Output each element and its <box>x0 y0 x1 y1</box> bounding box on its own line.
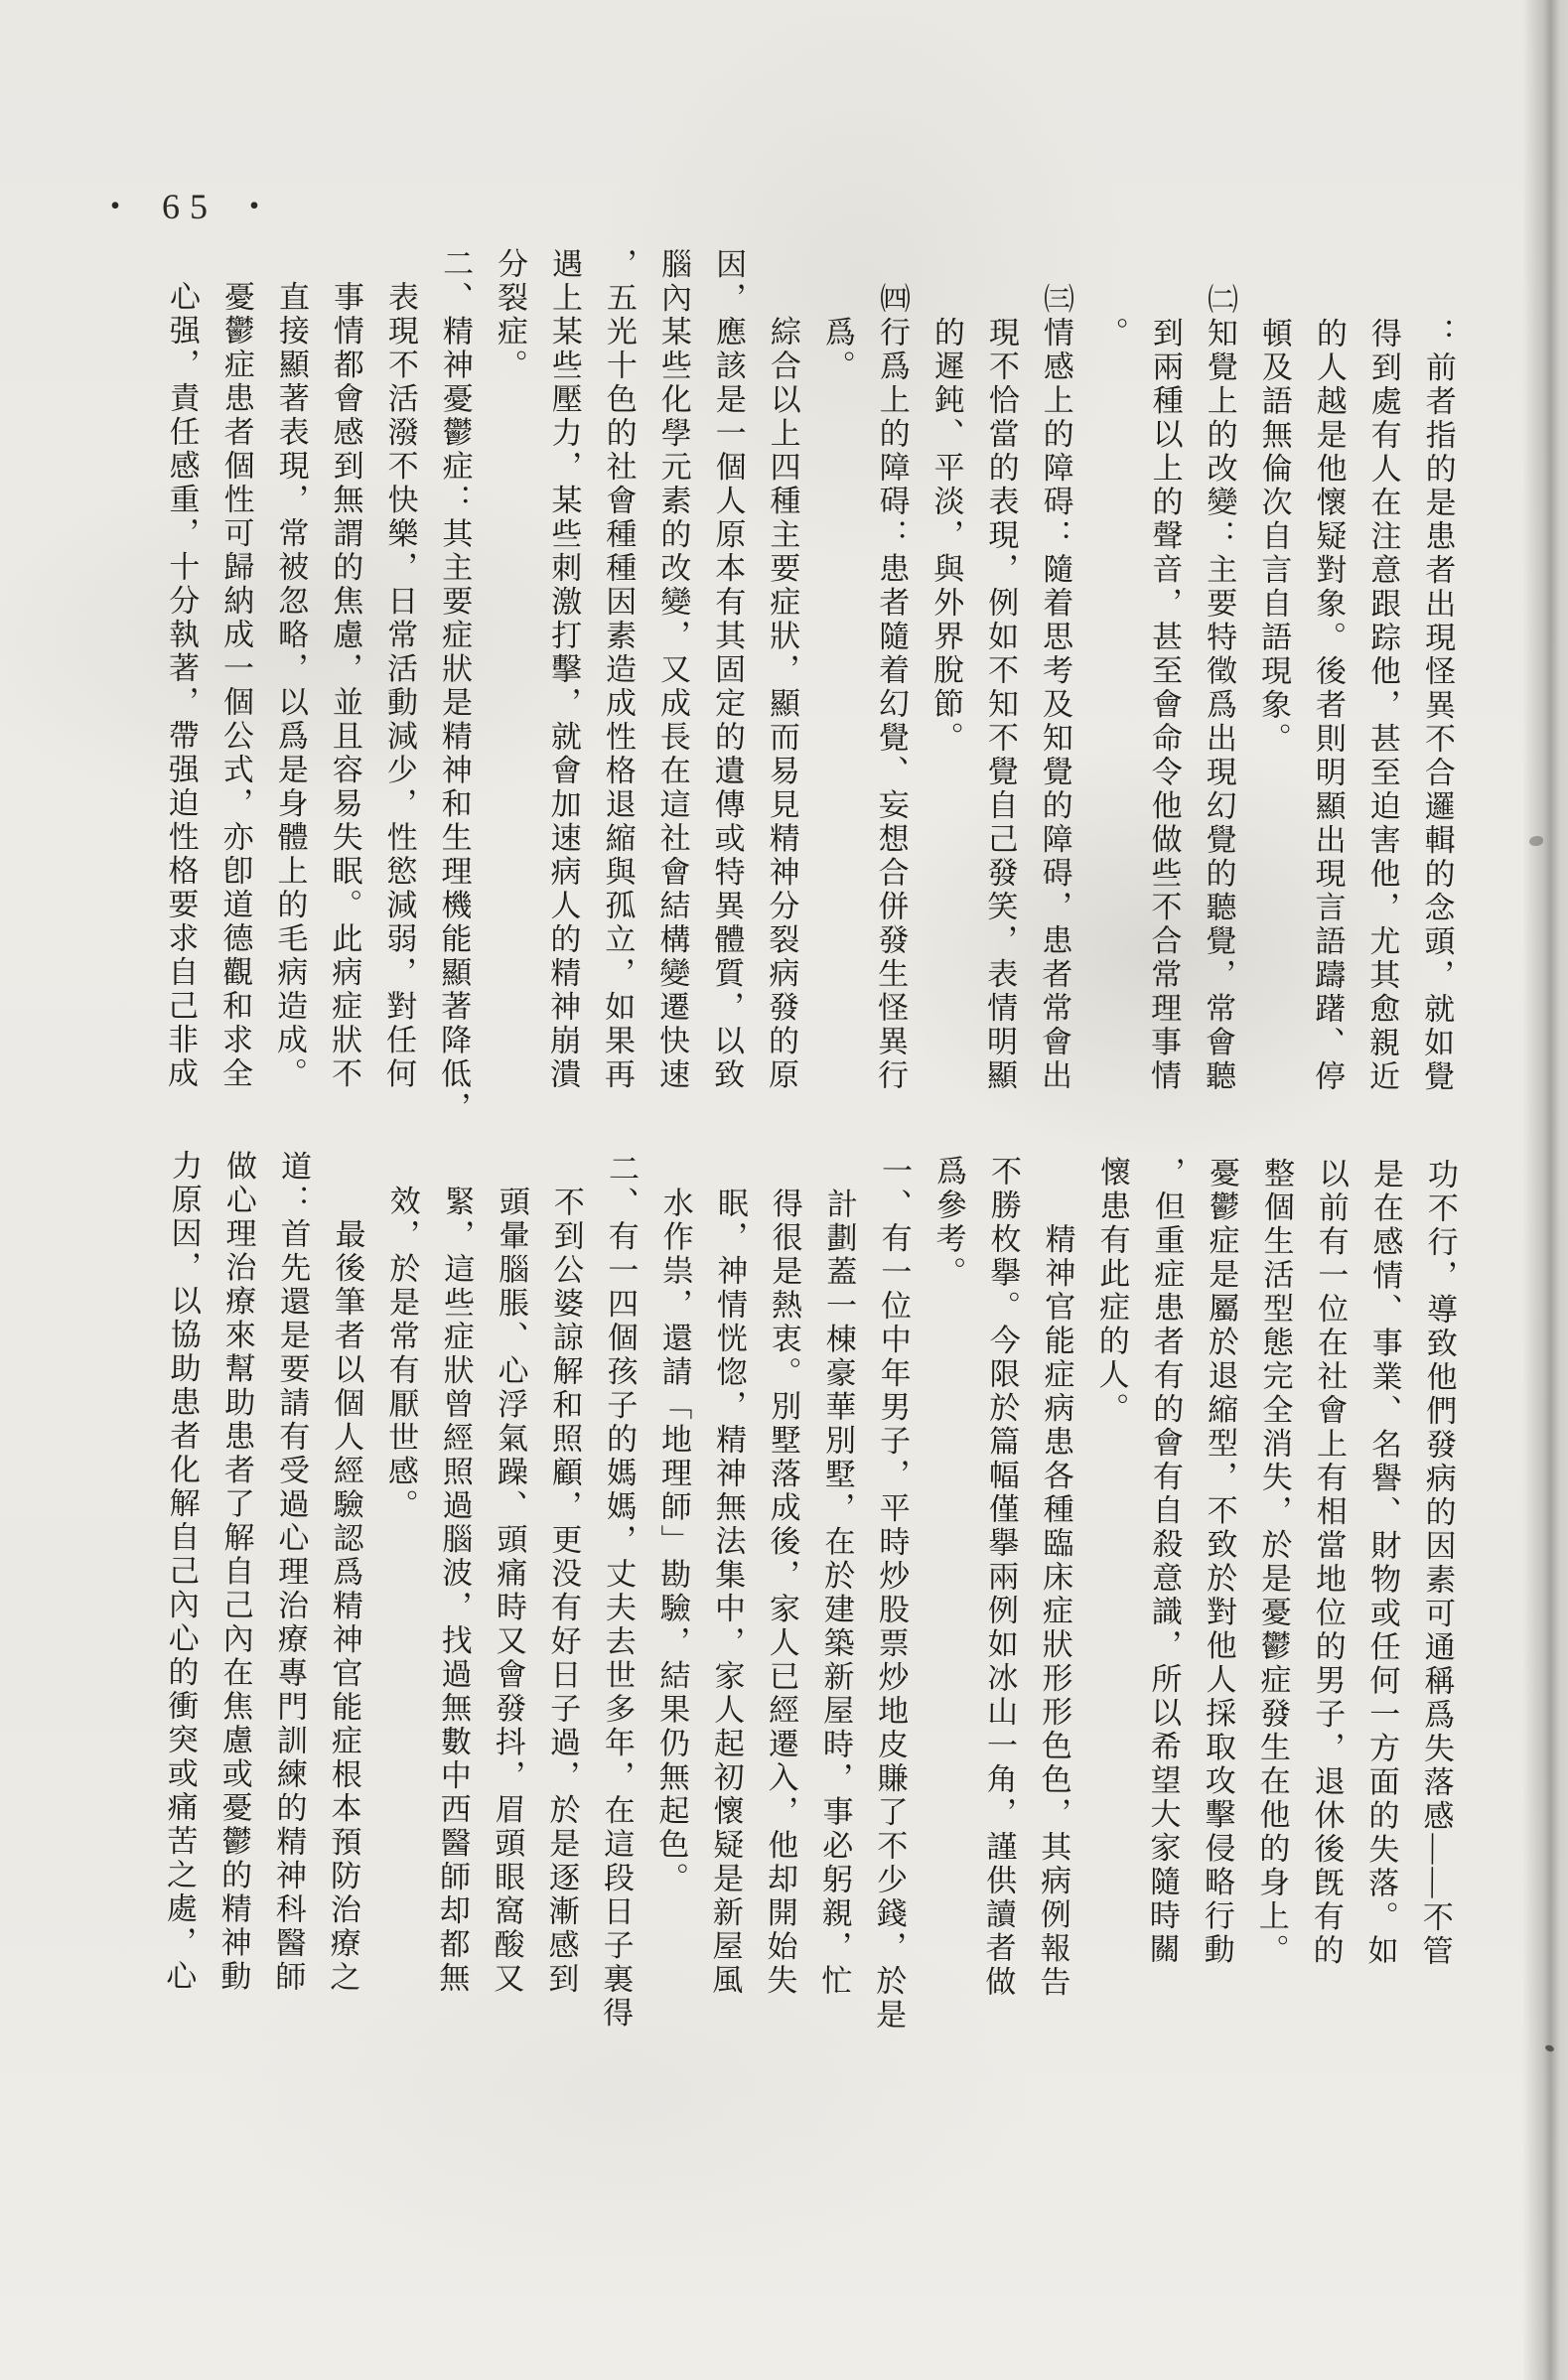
text-column: 做心理治療來幫助患者了解自己內在焦慮或憂鬱的精神動 <box>206 1150 266 2043</box>
bottom-text-block-columns: 功不行，導致他們發病的因素可通稱爲失落感——不管是在感情、事業、名譽、財物或任何… <box>151 1149 1468 2051</box>
text-column: ，但重症患者有的會有自殺意識，所以希望大家隨時關 <box>1134 1156 1195 2049</box>
text-column: 以前有一位在社會上有相當地位的男子，退休後旣有的 <box>1298 1157 1358 2050</box>
text-column: 緊，這些症狀曾經照過腦波，找過無數中西醫師却都無 <box>424 1151 485 2044</box>
text-column: 一、有一位中年男子，平時炒股票炒地皮賺了不少錢，於是 <box>861 1154 922 2047</box>
text-column: 到兩種以上的聲音，甚至會命令他做些不合常理事情 <box>1136 249 1193 1143</box>
text-column: 綜合以上四種主要症狀，顯而易見精神分裂病發的原 <box>754 248 810 1142</box>
text-column: 懷患有此症的人。 <box>1079 1156 1140 2049</box>
text-column: 的遲鈍、平淡，與外界脫節。 <box>918 248 974 1142</box>
text-column: 不勝枚擧。今限於篇幅僅擧兩例如冰山一角，謹供讀者做 <box>970 1155 1031 2048</box>
text-column: 分裂症。 <box>481 247 537 1141</box>
text-column: ㈣行爲上的障碍：患者隨着幻覺、妄想合併發生怪異行 <box>863 248 920 1142</box>
text-column: ㈢情感上的障碍：隨着思考及知覺的障碍，患者常會出 <box>1027 249 1083 1143</box>
text-column: 因，應該是一個人原本有其固定的遺傳或特異體質，以致 <box>699 248 756 1142</box>
text-column: 道：首先還是要請有受過心理治療專門訓練的精神科醫師 <box>260 1150 321 2043</box>
text-column: 計劃蓋一棟豪華別墅，在於建築新屋時，事必躬親，忙 <box>806 1154 867 2047</box>
text-column: 是在感情、事業、名譽、財物或任何一方面的失落。如 <box>1353 1158 1413 2051</box>
text-column: 最後筆者以個人經驗認爲精神官能症根本預防治療之 <box>315 1151 375 2044</box>
text-column: 整個生活型態完全消失，於是憂鬱症發生在他的身上。 <box>1243 1157 1304 2050</box>
text-column: 頓及語無倫次自言自語現象。 <box>1245 249 1302 1143</box>
scanned-page: ・ 65 ・ ：前者指的是患者出現怪異不合邏輯的念頭，就如覺得到處有人在注意跟踪… <box>0 0 1568 2380</box>
text-column: 直接顯著表現，常被忽略，以爲是身體上的毛病造成。 <box>262 247 319 1141</box>
text-column: 得很是熱衷。別墅落成後，家人已經遷入，他却開始失 <box>752 1154 812 2047</box>
text-column: ，五光十色的社會種種因素造成性格退縮與孤立，如果再 <box>590 247 646 1141</box>
text-column: 事情都會感到無謂的焦慮，並且容易失眠。此病症狀不 <box>317 247 373 1141</box>
text-column: 功不行，導致他們發病的因素可通稱爲失落感——不管 <box>1407 1158 1468 2051</box>
text-column: ：前者指的是患者出現怪異不合邏輯的念頭，就如覺 <box>1409 250 1466 1144</box>
text-column: 憂鬱症是屬於退縮型，不致於對他人採取攻擊侵略行動 <box>1189 1157 1249 2050</box>
text-column: 現不恰當的表現，例如不知不覺自己發笑，表情明顯 <box>972 248 1029 1142</box>
text-column: 心强，責任感重，十分執著，帶强迫性格要求自己非成 <box>153 246 210 1140</box>
text-column: 水作祟，還請「地理師」勘驗，結果仍無起色。 <box>642 1153 703 2046</box>
text-column: 得到處有人在注意跟踪他，甚至迫害他，尤其愈親近 <box>1354 249 1411 1143</box>
text-column: 表現不活潑不快樂，日常活動減少，性慾減弱，對任何 <box>371 247 428 1141</box>
text-column: 憂鬱症患者個性可歸納成一個公式，亦卽道德觀和求全 <box>208 246 264 1140</box>
text-column: ㈡知覺上的改變：主要特徵爲出現幻覺的聽覺，常會聽 <box>1191 249 1247 1143</box>
text-column: 遇上某些壓力，某些刺激打擊，就會加速病人的精神崩潰 <box>535 247 592 1141</box>
text-column: 的人越是他懷疑對象。後者則明顯出現言語躊躇、停 <box>1300 249 1356 1143</box>
text-column: 力原因，以協助患者化解自己內心的衝突或痛苦之處，心 <box>151 1149 212 2042</box>
text-column: 腦內某些化學元素的改變，又成長在這社會結構變遷快速 <box>644 248 701 1142</box>
text-column: 效，於是常有厭世感。 <box>369 1151 430 2044</box>
text-column: 爲。 <box>808 248 865 1142</box>
text-column: 爲參考。 <box>916 1155 976 2048</box>
text-column: 二、有一四個孩子的媽媽，丈夫去世多年，在這段日子裏得 <box>588 1152 648 2045</box>
text-column: 眠，神情恍惚，精神無法集中，家人起初懷疑是新屋風 <box>697 1153 758 2046</box>
text-column: 不到公婆諒解和照顧，更没有好日子過，於是逐漸感到 <box>533 1152 594 2045</box>
page-number: ・ 65 ・ <box>97 179 282 229</box>
text-column: 精神官能症病患各種臨床症狀形形色色，其病例報告 <box>1025 1156 1085 2049</box>
scan-edge-shadow <box>1522 0 1568 2380</box>
text-column: 二、精神憂鬱症：其主要症狀是精神和生理機能顯著降低， <box>426 247 483 1141</box>
text-column: 。 <box>1081 249 1138 1143</box>
top-text-block-columns: ：前者指的是患者出現怪異不合邏輯的念頭，就如覺得到處有人在注意跟踪他，甚至迫害他… <box>153 246 1466 1143</box>
text-column: 頭暈腦脹、心浮氣躁、頭痛時又會發抖，眉頭眼窩酸又 <box>479 1152 539 2045</box>
